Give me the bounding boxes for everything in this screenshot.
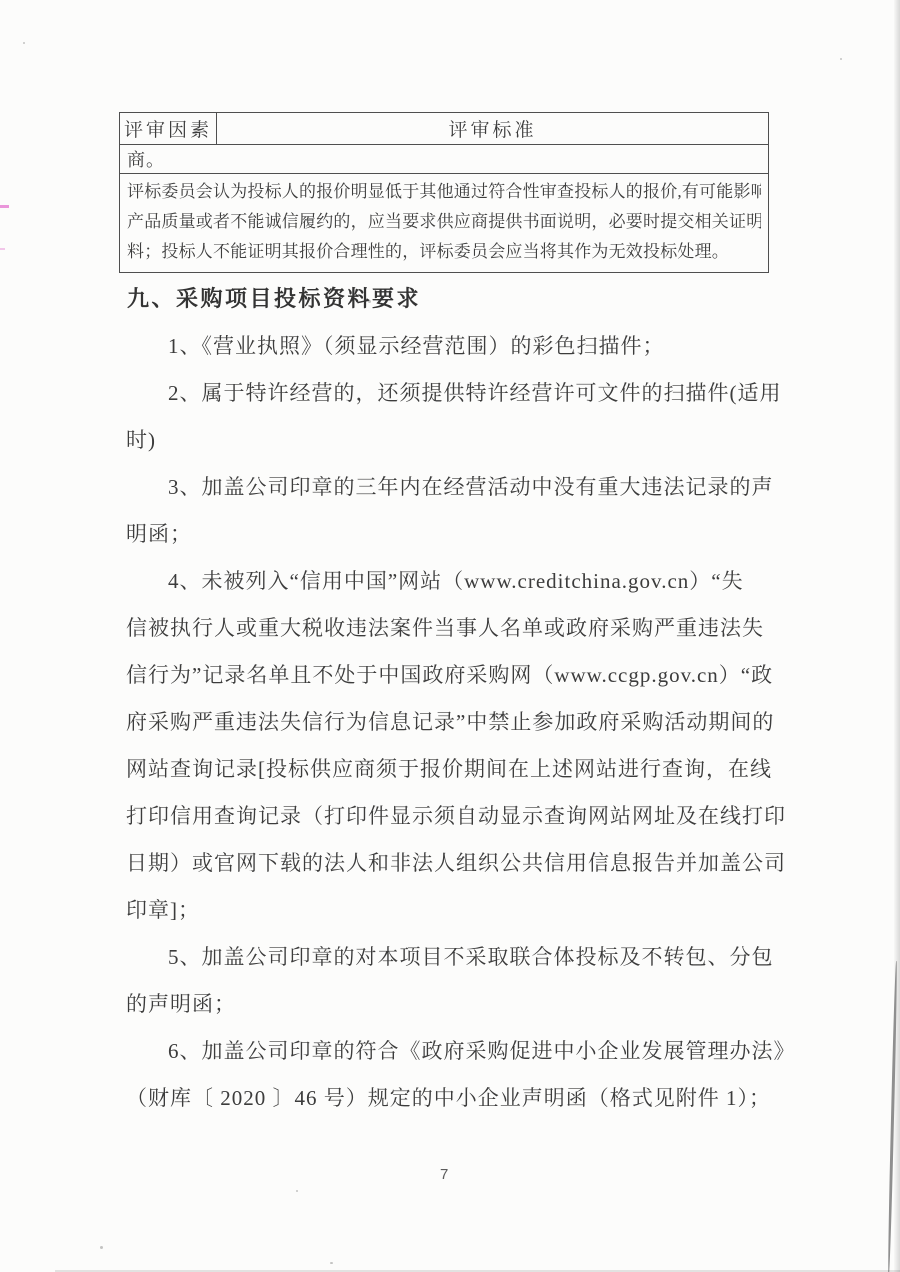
scan-speck [840,58,842,60]
body-line: 6、加盖公司印章的符合《政府采购促进中小企业发展管理办法》 [126,1028,774,1075]
body-line: 府采购严重违法失信行为信息记录”中禁止参加政府采购活动期间的 [126,699,774,746]
scanned-page: 评审因素 评审标准 商。 评标委员会认为投标人的报价明显低于其他通过符合性审查投… [0,0,900,1272]
note-line: 产品质量或者不能诚信履约的，应当要求供应商提供书面说明，必要时提交相关证明材 [127,207,761,237]
body-line: 1、《营业执照》（须显示经营范围）的彩色扫描件； [126,323,774,370]
section-heading: 九、采购项目投标资料要求 [127,282,421,313]
note-line: 评标委员会认为投标人的报价明显低于其他通过符合性审查投标人的报价,有可能影响 [127,177,761,207]
body-line: （财库〔 2020 〕46 号）规定的中小企业声明函（格式见附件 1）； [126,1075,774,1122]
page-number: 7 [440,1166,448,1183]
body-line: 4、未被列入“信用中国”网站（www.creditchina.gov.cn）“失 [126,558,774,605]
scan-mark [0,248,5,250]
table-row: 商。 [120,145,769,174]
body-line: 印章]； [126,887,774,934]
table-header-factor: 评审因素 [120,113,217,145]
body-line: 网站查询记录[投标供应商须于报价期间在上述网站进行查询，在线 [126,746,774,793]
criteria-table: 评审因素 评审标准 商。 评标委员会认为投标人的报价明显低于其他通过符合性审查投… [119,112,769,273]
body-line: 明函； [126,511,774,558]
scan-speck [330,1262,333,1264]
table-row: 评标委员会认为投标人的报价明显低于其他通过符合性审查投标人的报价,有可能影响 产… [120,174,769,273]
table-header-standard: 评审标准 [217,113,769,145]
body-text: 1、《营业执照》（须显示经营范围）的彩色扫描件； 2、属于特许经营的，还须提供特… [126,323,774,1122]
body-line: 的声明函； [126,981,774,1028]
body-line: 信行为”记录名单且不处于中国政府采购网（www.ccgp.gov.cn）“政 [126,652,774,699]
body-line: 2、属于特许经营的，还须提供特许经营许可文件的扫描件(适用 [126,370,774,417]
scan-speck [23,42,25,44]
body-line: 时) [126,417,774,464]
scan-speck [368,300,371,303]
scan-speck [100,1246,103,1249]
body-line: 信被执行人或重大税收违法案件当事人名单或政府采购严重违法失 [126,605,774,652]
table-cell-note: 评标委员会认为投标人的报价明显低于其他通过符合性审查投标人的报价,有可能影响 产… [120,174,769,273]
scan-speck [296,1190,298,1192]
table-cell-partial: 商。 [120,145,769,174]
scan-mark [0,205,9,208]
note-line: 料；投标人不能证明其报价合理性的，评标委员会应当将其作为无效投标处理。 [127,237,761,267]
body-line: 打印信用查询记录（打印件显示须自动显示查询网站网址及在线打印 [126,793,774,840]
table-header-row: 评审因素 评审标准 [120,113,769,145]
body-line: 5、加盖公司印章的对本项目不采取联合体投标及不转包、分包 [126,934,774,981]
body-line: 3、加盖公司印章的三年内在经营活动中没有重大违法记录的声 [126,464,774,511]
body-line: 日期）或官网下载的法人和非法人组织公共信用信息报告并加盖公司 [126,840,774,887]
